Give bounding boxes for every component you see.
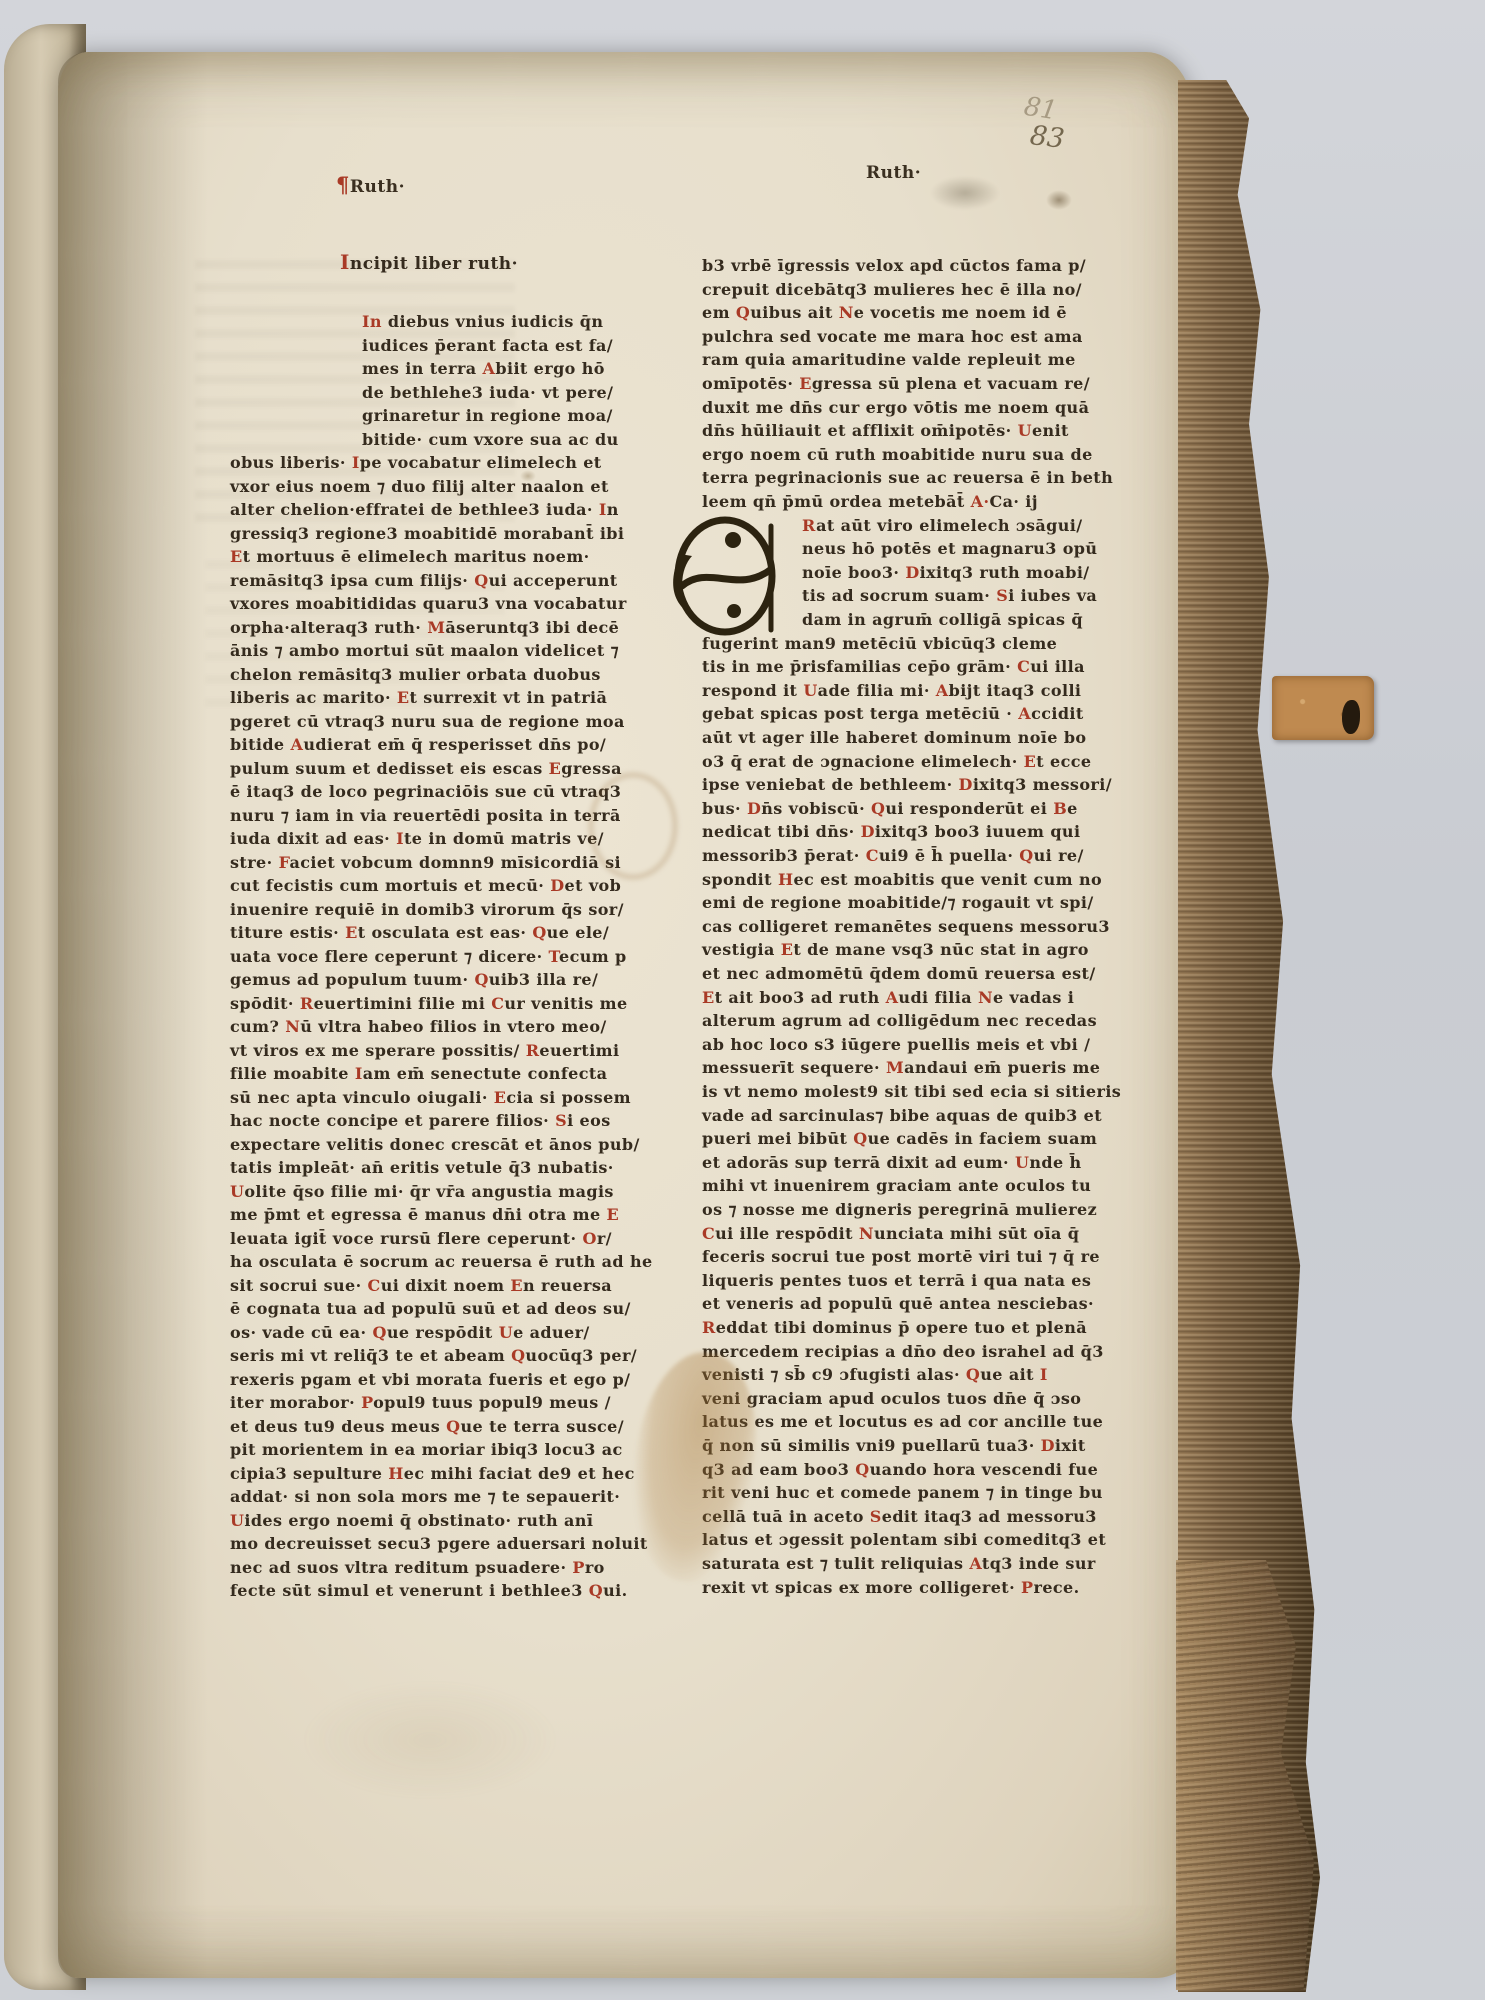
text-line: In diebus vnius iudicis q̄n [362,312,603,332]
drop-cap-drawing [670,512,784,644]
text-line: latus es me et locutus es ad cor ancille… [702,1412,1103,1432]
running-title-left: ¶Ruth· [336,172,405,197]
text-line: gebat spicas post terga metēciū · Accidi… [702,704,1084,724]
text-line: iuda dixit ad eas· Ite in domū matris ve… [230,829,604,849]
text-line: hac nocte concipe et parere filios· Si e… [230,1111,611,1131]
text-line: obus liberis· Ipe vocabatur elimelech et [230,453,602,473]
bookmark-tab-shadow [1342,700,1360,734]
text-line: grinaretur in regione moa/ [362,406,613,426]
incipit-text: ncipit liber ruth· [350,254,518,274]
text-line: et nec admomētū q̄dem domū reuersa est/ [702,964,1096,984]
text-line: titure estis· Et osculata est eas· Que e… [230,923,609,943]
folio-number-bottom: 83 [1028,120,1066,155]
text-line: nuru ⁊ iam in via reuertēdi posita in te… [230,806,621,826]
text-line: leuata igit̄ voce rursū flere ceperunt· … [230,1229,612,1249]
text-line: spondit Hec est moabitis que venit cum n… [702,870,1102,890]
text-line: mes in terra Abiit ergo hō [362,359,605,379]
text-line: Rat aūt viro elimelech ɔsāgui/ [802,516,1083,536]
text-line: Uolite q̄so filie mi· q̄r vr̄a angustia … [230,1182,614,1202]
text-line: neus hō potēs et magnaru3 opū [802,539,1097,559]
text-line: remāsitq3 ipsa cum filijs· Qui acceperun… [230,571,618,591]
text-line: iter morabor· Popul9 tuus popul9 meus / [230,1393,611,1413]
text-line: vxor eius noem ⁊ duo filij alter naalon … [230,477,609,497]
text-line: addat· si non sola mors me ⁊ te sepaueri… [230,1487,620,1507]
text-line: bitide Audierat em̄ q̄ resperisset dn̄s … [230,735,606,755]
text-line: filie moabite Iam em̄ senectute confecta [230,1064,607,1084]
text-line: messuerīt sequere· Mandaui em̄ pueris me [702,1058,1100,1078]
text-line: alter chelion·effratei de bethlee3 iuda·… [230,500,619,520]
text-line: saturata est ⁊ tulit reliquias Atq3 inde… [702,1554,1096,1574]
text-line: os· vade cū ea· Que respōdit Ue aduer/ [230,1323,590,1343]
text-line: alterum agrum ad colligēdum nec recedas [702,1011,1097,1031]
text-line: mercedem recipias a dn̄o deo israhel ad … [702,1342,1104,1362]
text-line: sū nec apta vinculo oiugali· Ecia si pos… [230,1088,631,1108]
text-line: cellā tuā in aceto Sedit itaq3 ad messor… [702,1507,1097,1527]
text-line: cipia3 sepulture Hec mihi faciat de9 et … [230,1464,635,1484]
text-line: ram quia amaritudine valde repleuit me [702,350,1076,370]
text-line: pit morientem in ea moriar ibiq3 locu3 a… [230,1440,623,1460]
text-line: latus et ɔgessit polentam sibi comeditq3… [702,1530,1106,1550]
text-line: is vt nemo molest9 sit tibi sed ecia si … [702,1082,1121,1102]
text-line: tis ad socrum suam· Si iubes va [802,586,1097,606]
text-line: pulchra sed vocate me mara hoc est ama [702,327,1083,347]
text-line: liqueris pentes tuos et terrā i qua nata… [702,1271,1091,1291]
text-line: Cui ille respōdit Nunciata mihi sūt oīa … [702,1224,1079,1244]
text-line: vestigia Et de mane vsq3 nūc stat in agr… [702,940,1089,960]
text-line: pgeret cū vtraq3 nuru sua de regione moa [230,712,625,732]
text-line: de bethlehe3 iuda· vt pere/ [362,383,613,403]
text-line: veni graciam apud oculos tuos dn̄e q̄ ɔs… [702,1389,1081,1409]
running-title-left-text: Ruth· [350,177,405,197]
text-line: et deus tu9 deus meus Que te terra susce… [230,1417,624,1437]
text-line: cas colligeret remanētes sequens messoru… [702,917,1110,937]
text-line: nec ad suos vltra reditum psuadere· Pro [230,1558,605,1578]
text-line: terra pegrinacionis sue ac reuersa ē in … [702,468,1113,488]
text-line: me p̄mt et egressa ē manus dn̄i otra me … [230,1205,619,1225]
text-line: dn̄s hūiliauit et afflixit om̄ipotēs· Ue… [702,421,1069,441]
text-line: noīe boo3· Dixitq3 ruth moabi/ [802,563,1090,583]
text-line: ē cognata tua ad populū suū et ad deos s… [230,1299,631,1319]
text-line: Et mortuus ē elimelech maritus noem· [230,547,590,567]
text-line: Et ait boo3 ad ruth Audi filia Ne vadas … [702,988,1074,1008]
text-line: tatis impleāt· an̄ eritis vetule q̄3 nub… [230,1158,614,1178]
text-line: dam in agrum̄ colligā spicas q̄ [802,610,1083,630]
pilcrow-icon: ¶ [336,172,350,197]
text-line: bitide· cum vxore sua ac du [362,430,619,450]
text-line: rexit vt spicas ex more colligeret· Prec… [702,1578,1080,1598]
text-line: gemus ad populum tuum· Quib3 illa re/ [230,970,598,990]
text-line: mihi vt inuenirem graciam ante oculos tu [702,1176,1091,1196]
text-line: ergo noem cū ruth moabitide nuru sua de [702,445,1093,465]
text-line: sit socrui sue· Cui dixit noem En reuers… [230,1276,612,1296]
text-line: rexeris pgam et vbi morata fueris et ego… [230,1370,630,1390]
text-line: vt viros ex me sperare possitis/ Reuerti… [230,1041,620,1061]
text-line: seris mi vt reliq̄3 te et abeam Quocūq3 … [230,1346,637,1366]
text-line: leem qn̄ p̄mū ordea metebāt̄ A·Ca· ij [702,492,1038,512]
text-line: ha osculata ē socrum ac reuersa ē ruth a… [230,1252,653,1272]
text-line: mo decreuisset secu3 pgere aduersari nol… [230,1534,648,1554]
text-line: vade ad sarcinulas⁊ bibe aquas de quib3 … [702,1106,1102,1126]
text-line: aūt vt ager ille haberet dominum noīe bo [702,728,1087,748]
text-line: feceris socrui tue post mortē viri tui ⁊… [702,1247,1100,1267]
text-line: Reddat tibi dominus p̄ opere tuo et plen… [702,1318,1087,1338]
text-line: q̄ non sū similis vni9 puellarū tua3· Di… [702,1436,1086,1456]
text-line: emi de regione moabitide/⁊ rogauit vt sp… [702,893,1094,913]
text-line: ipse veniebat de bethleem· Dixitq3 messo… [702,775,1112,795]
text-line: gressiq3 regione3 moabitidē morabant̄ ib… [230,524,624,544]
text-line: pulum suum et dedisset eis escas Egressa [230,759,622,779]
text-line: liberis ac marito· Et surrexit vt in pat… [230,688,607,708]
text-line: messorib3 p̄erat· Cui9 ē h̄ puella· Qui … [702,846,1084,866]
text-line: o3 q̄ erat de ɔgnacione elimelech· Et ec… [702,752,1091,772]
text-line: stre· Faciet vobcum domnn9 mīsicordiā si [230,853,621,873]
text-line: os ⁊ nosse me digneris peregrinā muliere… [702,1200,1097,1220]
text-line: respond it Uade filia mi· Abijt itaq3 co… [702,681,1081,701]
drop-cap-initial-E: E [670,512,784,644]
text-line: omīpotēs· Egressa sū plena et vacuam re/ [702,374,1090,394]
text-line: rit veni huc et comede panem ⁊ in tinge … [702,1483,1103,1503]
text-line: tis in me p̄risfamilias cep̄o grām· Cui … [702,657,1085,677]
text-line: chelon remāsitq3 mulier orbata duobus [230,665,601,685]
incipit-initial: I [340,250,350,274]
text-line: inuenire requiē in domib3 virorum q̄s so… [230,900,624,920]
text-line: pueri mei bibūt Que cadēs in faciem suam [702,1129,1097,1149]
text-line: fecte sūt simul et venerunt i bethlee3 Q… [230,1581,628,1601]
text-line: orpha·alteraq3 ruth· Māseruntq3 ibi decē [230,618,619,638]
text-line: venisti ⁊ sb̄ c9 ɔfugisti alas· Que ait … [702,1365,1048,1385]
text-line: ē itaq3 de loco pegrinaciōis sue cū vtra… [230,782,621,802]
text-line: Uides ergo noemi q̄ obstinato· ruth anī [230,1511,593,1531]
text-line: cum? Nū vltra habeo filios in vtero meo/ [230,1017,607,1037]
text-line: et adorās sup terrā dixit ad eum· Unde h… [702,1153,1082,1173]
text-line: bus· Dn̄s vobiscū· Qui responderūt ei Be [702,799,1078,819]
text-line: spōdit· Reuertimini filie mi Cur venitis… [230,994,628,1014]
text-line: b3 vrbē īgressis velox apd cūctos fama p… [702,256,1086,276]
text-line: vxores moabitididas quaru3 vna vocabatur [230,594,627,614]
text-line: duxit me dn̄s cur ergo vōtis me noem quā [702,398,1089,418]
photo-of-incunable-page: { "book": { "header_left_mark": "¶", "he… [0,0,1485,2000]
running-title-center: Ruth· [866,163,921,183]
text-line: uata voce flere ceperunt ⁊ dicere· Tecum… [230,947,627,967]
text-line: q3 ad eam boo3 Quando hora vescendi fue [702,1460,1098,1480]
text-line: cut fecistis cum mortuis et mecū· Det vo… [230,876,621,896]
incipit-rubric: Incipit liber ruth· [340,250,518,274]
text-line: expectare velitis donec crescāt et ānos … [230,1135,640,1155]
text-line: crepuit dicebātq3 mulieres hec ē illa no… [702,280,1082,300]
text-line: em Quibus ait Ne vocetis me noem id ē [702,303,1067,323]
text-line: et veneris ad populū quē antea nesciebas… [702,1294,1094,1314]
text-line: iudices p̄erant facta est fa/ [362,336,613,356]
text-line: ab hoc loco s3 iūgere puellis meis et vb… [702,1035,1090,1055]
text-line: ānis ⁊ ambo mortui sūt maalon videlicet … [230,641,619,661]
text-line: nedicat tibi dn̄s· Dixitq3 boo3 iuuem qu… [702,822,1080,842]
